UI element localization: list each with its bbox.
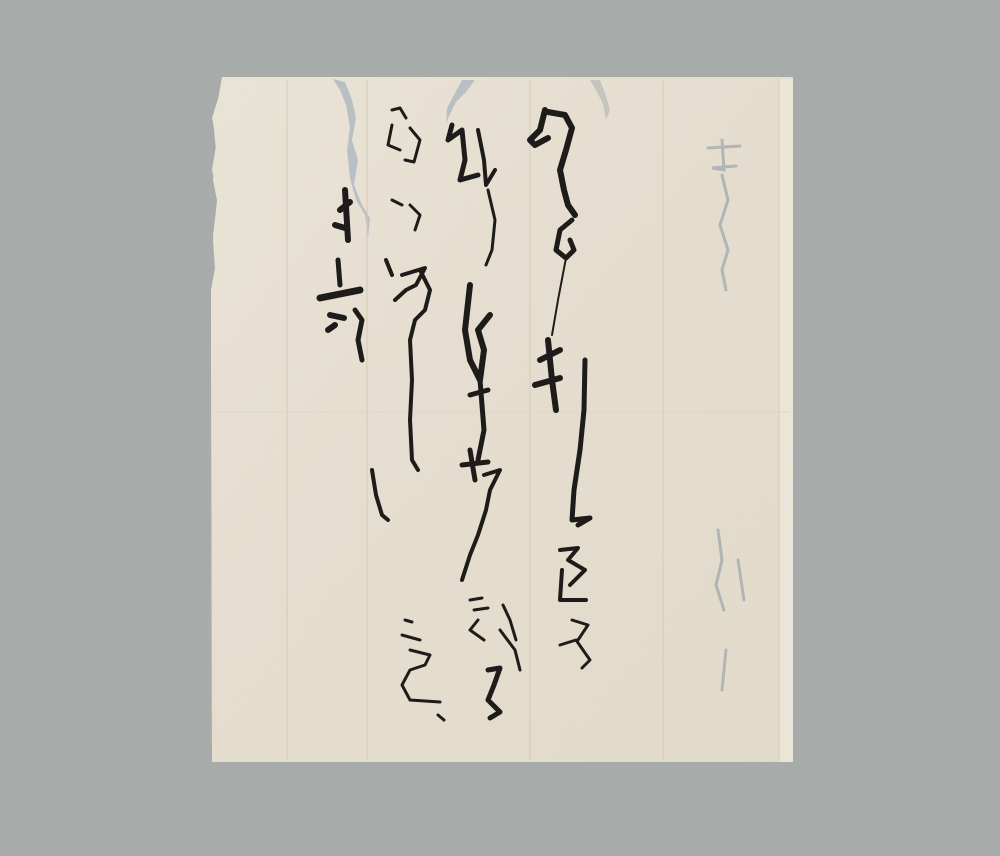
paper-sheet [211, 77, 793, 762]
photograph [0, 0, 1000, 856]
calligraphy-letter-image [0, 0, 1000, 856]
